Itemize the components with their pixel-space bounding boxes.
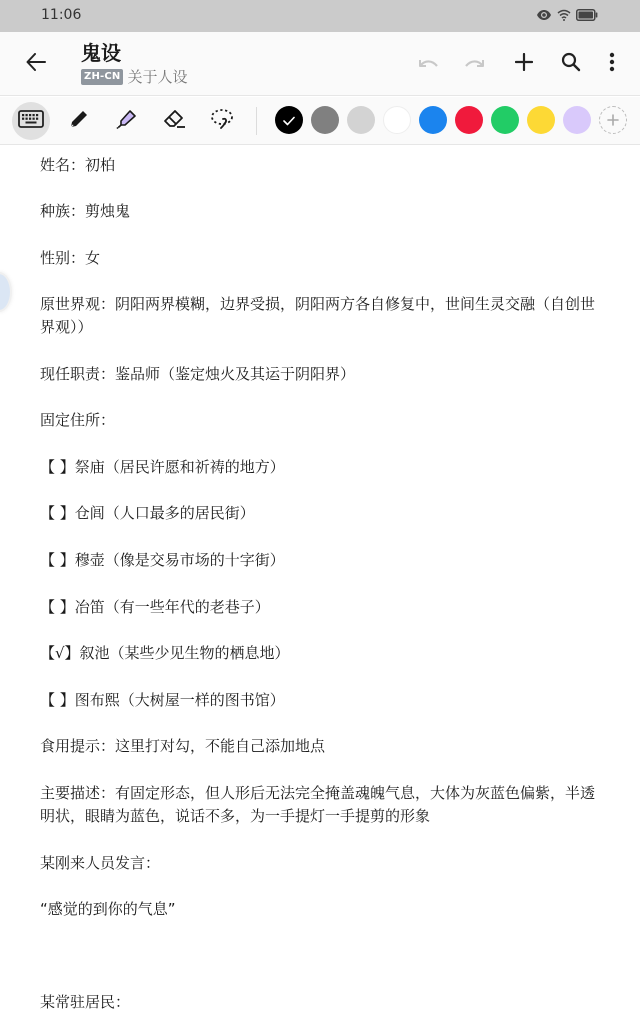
note-subtitle-row: ZH-CN 关于人设 <box>81 68 188 86</box>
more-options-button[interactable] <box>598 50 626 78</box>
search-button[interactable] <box>557 50 585 78</box>
lasso-icon <box>210 108 234 134</box>
residence-option-2: 【 】仓闾（人口最多的居民街） <box>40 502 605 525</box>
app-bar: 鬼设 ZH-CN 关于人设 <box>0 32 640 96</box>
drawing-toolbar <box>0 97 640 145</box>
color-swatch-light-gray[interactable] <box>347 106 375 134</box>
status-time: 11:06 <box>41 7 81 23</box>
wifi-icon <box>557 9 571 21</box>
language-badge: ZH-CN <box>81 69 123 85</box>
color-swatch-lavender[interactable] <box>563 106 591 134</box>
paragraph-name: 姓名：初柏 <box>40 154 605 177</box>
paragraph-race: 种族：剪烛鬼 <box>40 200 605 223</box>
status-icons <box>536 9 598 21</box>
plus-icon <box>607 111 619 130</box>
highlighter-icon <box>115 108 137 134</box>
redo-icon <box>464 55 486 74</box>
residence-option-6: 【 】图布熙（大树屋一样的图书馆） <box>40 689 605 712</box>
color-swatch-red[interactable] <box>455 106 483 134</box>
paragraph-newcomer-label: 某刚来人员发言： <box>40 852 605 875</box>
residence-option-3: 【 】穆壶（像是交易市场的十字街） <box>40 549 605 572</box>
lasso-tool[interactable] <box>203 102 241 140</box>
eraser-tool[interactable] <box>156 102 194 140</box>
search-icon <box>561 52 581 76</box>
add-icon <box>515 53 533 75</box>
note-folder-label[interactable]: 关于人设 <box>127 68 187 86</box>
paragraph-worldview: 原世界观：阴阳两界模糊，边界受损，阴阳两方各自修复中，世间生灵交融（自创世界观）… <box>40 293 605 339</box>
status-bar: 11:06 <box>0 0 640 32</box>
keyboard-icon <box>18 110 44 132</box>
paragraph-gender: 性别：女 <box>40 247 605 270</box>
paragraph-resident-label: 某常驻居民： <box>40 991 605 1014</box>
toolbar-divider <box>256 107 257 135</box>
battery-icon <box>576 9 598 21</box>
residence-option-1: 【 】祭庙（居民许愿和祈祷的地方） <box>40 456 605 479</box>
undo-button[interactable] <box>414 50 442 78</box>
color-swatch-black[interactable] <box>275 106 303 134</box>
color-swatch-green[interactable] <box>491 106 519 134</box>
add-button[interactable] <box>510 50 538 78</box>
color-swatch-yellow[interactable] <box>527 106 555 134</box>
highlighter-tool[interactable] <box>107 102 145 140</box>
eye-comfort-icon <box>536 9 552 21</box>
undo-icon <box>417 55 439 74</box>
residence-option-5-checked: 【√】叙池（某些少见生物的栖息地） <box>40 642 605 665</box>
note-title[interactable]: 鬼设 <box>81 40 121 66</box>
paragraph-residence-label: 固定住所： <box>40 409 605 432</box>
arrow-left-icon <box>26 53 46 75</box>
more-vertical-icon <box>609 52 615 76</box>
paragraph-newcomer-quote: “感觉的到你的气息” <box>40 898 605 921</box>
back-button[interactable] <box>22 50 50 78</box>
add-color-button[interactable] <box>599 106 627 134</box>
keyboard-tool[interactable] <box>12 102 50 140</box>
color-swatch-gray[interactable] <box>311 106 339 134</box>
paragraph-description: 主要描述：有固定形态，但人形后无法完全掩盖魂魄气息，大体为灰蓝色偏紫，半透明状，… <box>40 782 605 828</box>
pen-icon <box>68 108 90 134</box>
pen-tool[interactable] <box>60 102 98 140</box>
residence-option-4: 【 】冶笛（有一些年代的老巷子） <box>40 596 605 619</box>
eraser-icon <box>163 108 187 134</box>
redo-button[interactable] <box>461 50 489 78</box>
color-swatch-blue[interactable] <box>419 106 447 134</box>
note-editor[interactable]: 姓名：初柏 种族：剪烛鬼 性别：女 原世界观：阴阳两界模糊，边界受损，阴阳两方各… <box>0 146 640 1024</box>
check-icon <box>283 111 295 130</box>
color-swatch-white[interactable] <box>383 106 411 134</box>
paragraph-role: 现任职责：鉴品师（鉴定烛火及其运于阴阳界） <box>40 363 605 386</box>
paragraph-usage-tip: 食用提示：这里打对勾，不能自己添加地点 <box>40 735 605 758</box>
